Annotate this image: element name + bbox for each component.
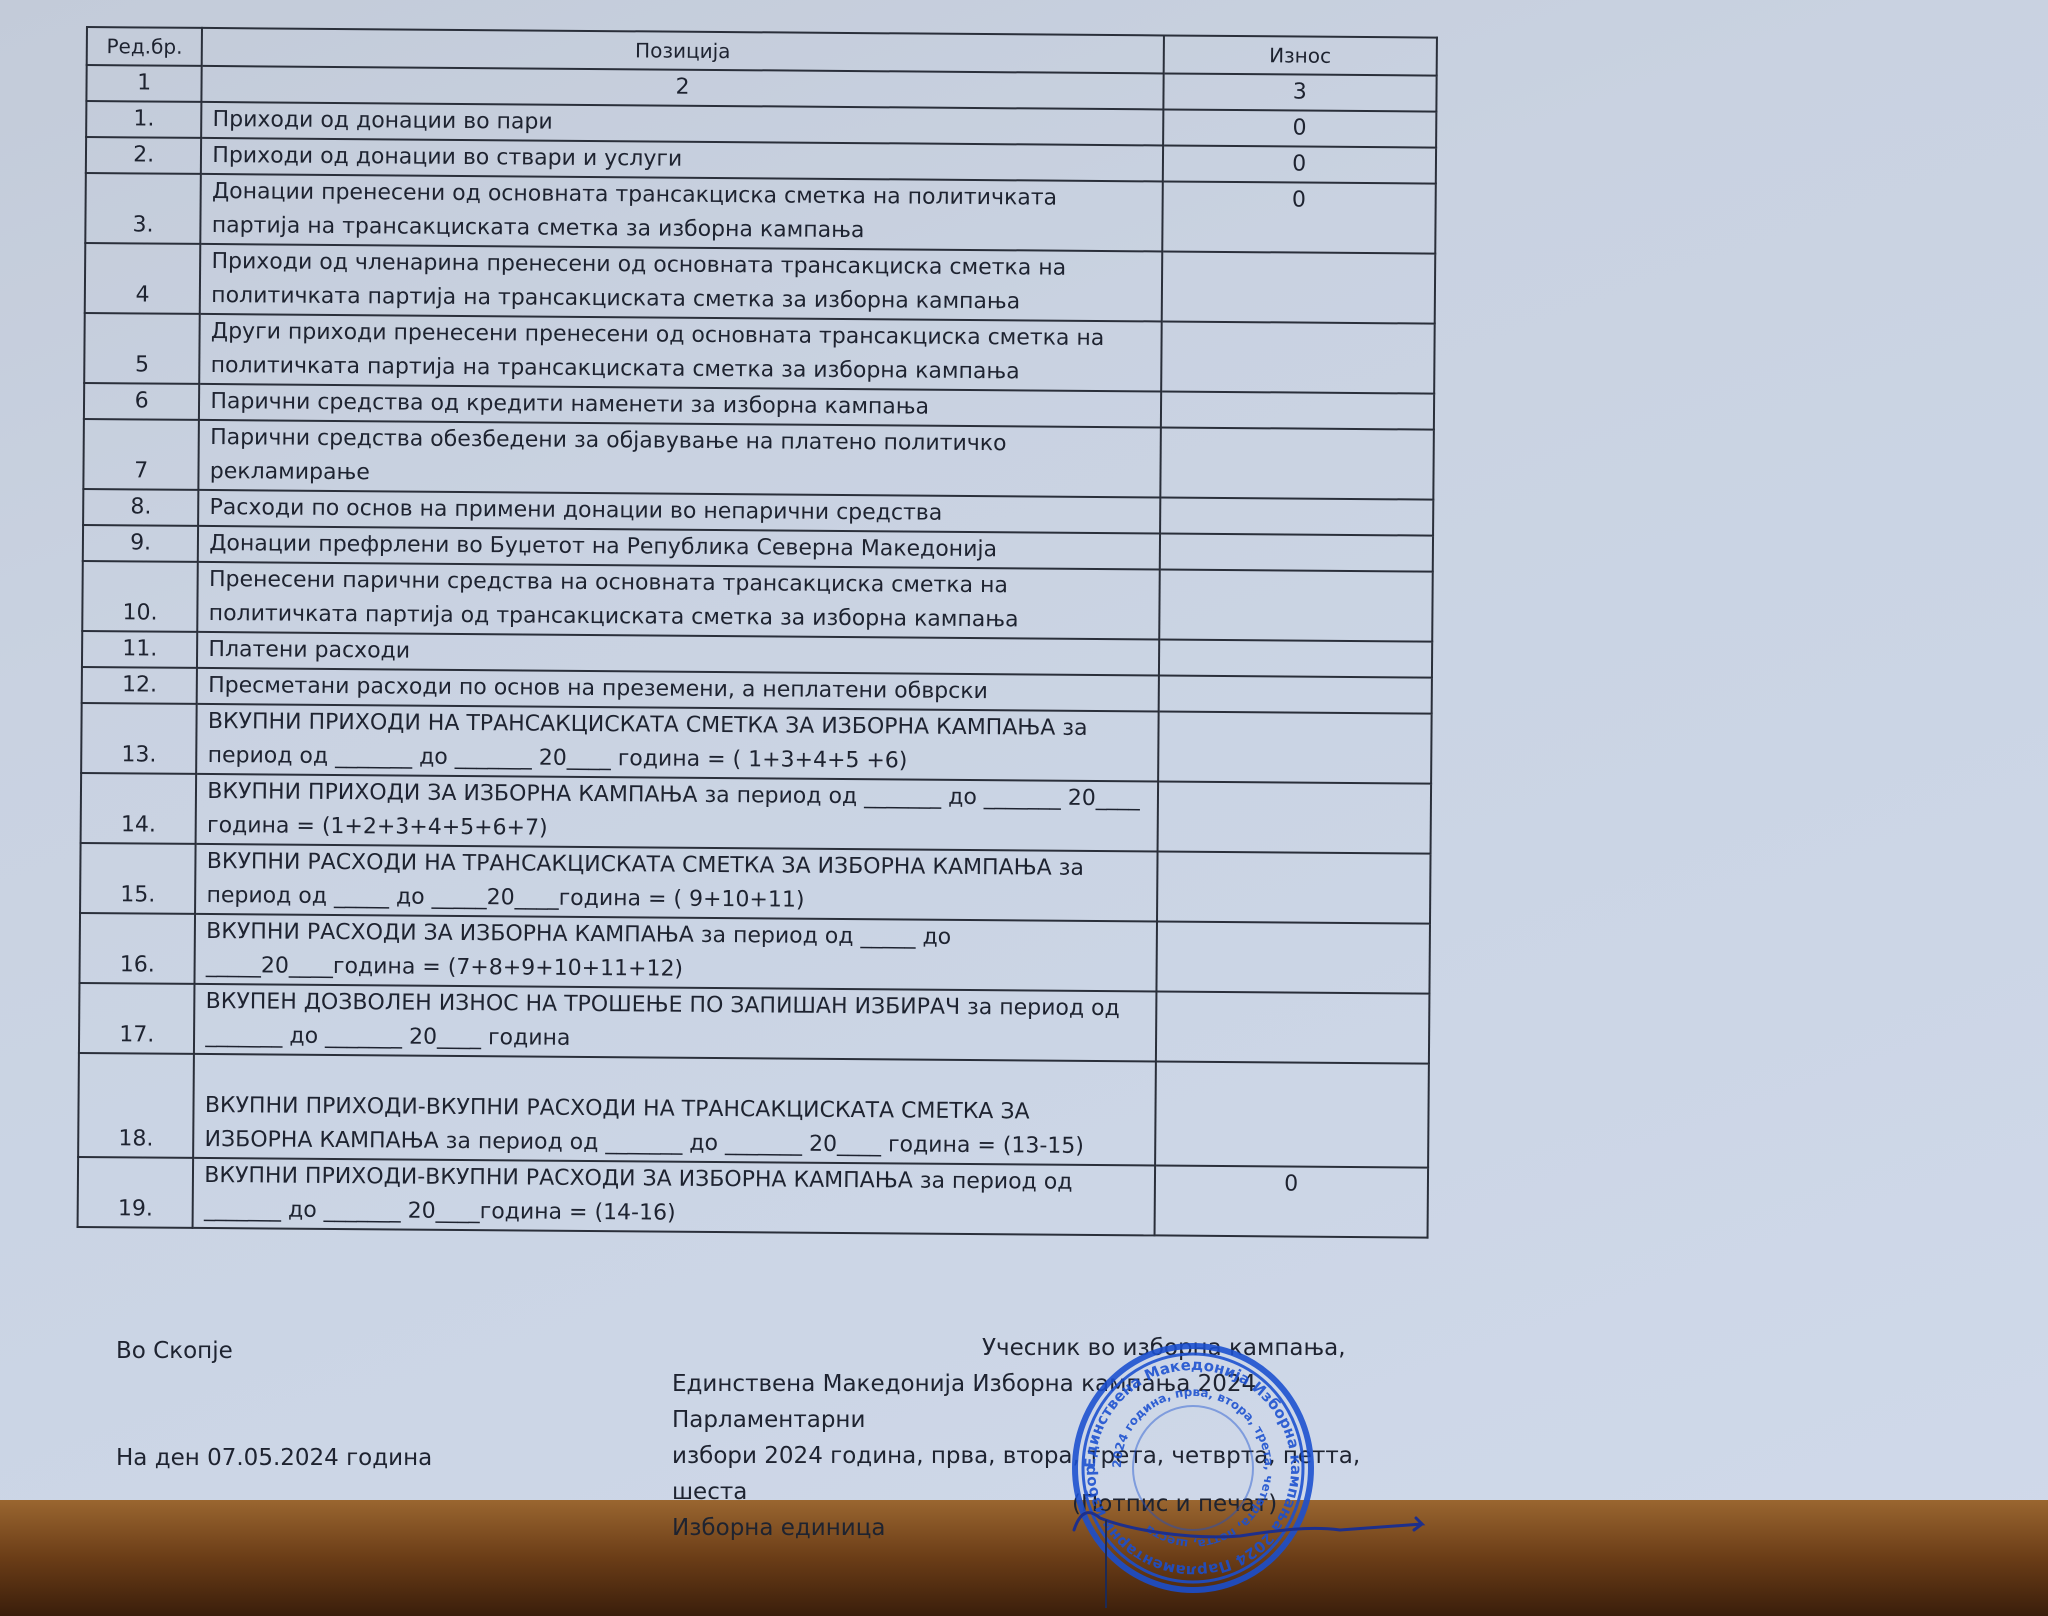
- row-position: ВКУПНИ ПРИХОДИ-ВКУПНИ РАСХОДИ ЗА ИЗБОРНА…: [193, 1158, 1155, 1236]
- table-row: 16.ВКУПНИ РАСХОДИ ЗА ИЗБОРНА КАМПАЊА за …: [79, 913, 1430, 994]
- row-amount: 0: [1163, 109, 1437, 147]
- row-position: ВКУПНИ РАСХОДИ НА ТРАНСАКЦИСКАТА СМЕТКА …: [195, 844, 1157, 922]
- row-amount: 0: [1162, 181, 1436, 253]
- row-amount: [1161, 321, 1435, 393]
- row-amount: [1155, 1061, 1429, 1167]
- row-number: 5: [84, 313, 200, 384]
- date-label: На ден 07.05.2024 година: [116, 1440, 432, 1476]
- row-number: 2.: [86, 137, 202, 174]
- row-amount: [1160, 391, 1434, 429]
- table-row: 5Други приходи пренесени пренесени од ос…: [84, 313, 1435, 394]
- row-number: 4: [85, 243, 201, 314]
- table-row: 13.ВКУПНИ ПРИХОДИ НА ТРАНСАКЦИСКАТА СМЕТ…: [81, 703, 1432, 784]
- signature-stroke-icon: [1070, 1500, 1430, 1610]
- index-no: 1: [86, 65, 202, 102]
- row-amount: [1155, 991, 1429, 1063]
- table-row: 19.ВКУПНИ ПРИХОДИ-ВКУПНИ РАСХОДИ ЗА ИЗБО…: [78, 1157, 1429, 1238]
- row-number: 15.: [80, 843, 196, 914]
- row-position: ВКУПНИ РАСХОДИ ЗА ИЗБОРНА КАМПАЊА за пер…: [195, 914, 1157, 992]
- row-amount: [1157, 851, 1431, 923]
- row-number: 13.: [81, 703, 197, 774]
- row-amount: 0: [1154, 1165, 1428, 1237]
- row-position: ВКУПНИ ПРИХОДИ ЗА ИЗБОРНА КАМПАЊА за пер…: [196, 774, 1158, 852]
- campaign-finance-table: Ред.бр. Позиција Износ 1 2 3 1.Приходи о…: [77, 26, 1438, 1239]
- row-amount: [1160, 427, 1434, 499]
- row-number: 1.: [86, 101, 202, 138]
- row-number: 8.: [83, 489, 199, 526]
- row-position: Парични средства обезбедени за објавувањ…: [199, 420, 1161, 498]
- row-position: ВКУПНИ ПРИХОДИ НА ТРАНСАКЦИСКАТА СМЕТКА …: [196, 704, 1158, 782]
- row-position: Приходи од членарина пренесени од основн…: [200, 244, 1162, 322]
- header-no: Ред.бр.: [87, 27, 203, 66]
- row-amount: [1159, 569, 1433, 641]
- row-number: 9.: [83, 525, 199, 562]
- table-row: 18.ВКУПНИ ПРИХОДИ-ВКУПНИ РАСХОДИ НА ТРАН…: [78, 1053, 1429, 1168]
- row-amount: [1158, 639, 1432, 677]
- row-position: ВКУПНИ ПРИХОДИ-ВКУПНИ РАСХОДИ НА ТРАНСАК…: [193, 1054, 1155, 1166]
- row-amount: 0: [1162, 145, 1436, 183]
- row-amount: [1159, 533, 1433, 571]
- table-row: 14.ВКУПНИ ПРИХОДИ ЗА ИЗБОРНА КАМПАЊА за …: [81, 773, 1432, 854]
- row-position: Други приходи пренесени пренесени од осн…: [200, 314, 1162, 392]
- header-amount: Износ: [1163, 35, 1437, 75]
- row-number: 3.: [85, 173, 201, 244]
- row-position: Пренесени парични средства на основната …: [198, 562, 1160, 640]
- row-position: Донации пренесени од основната трансакци…: [201, 174, 1163, 252]
- row-position: ВКУПЕН ДОЗВОЛЕН ИЗНОС НА ТРОШЕЊЕ ПО ЗАПИ…: [194, 984, 1156, 1062]
- table-row: 10.Пренесени парични средства на основна…: [82, 561, 1433, 642]
- row-amount: [1160, 497, 1434, 535]
- row-amount: [1156, 921, 1430, 993]
- table-row: 15.ВКУПНИ РАСХОДИ НА ТРАНСАКЦИСКАТА СМЕТ…: [80, 843, 1431, 924]
- place-label: Во Скопје: [116, 1333, 233, 1369]
- row-number: 10.: [82, 561, 198, 632]
- row-number: 6: [84, 383, 200, 420]
- row-number: 7: [83, 419, 199, 490]
- row-number: 16.: [79, 913, 195, 984]
- row-number: 19.: [78, 1157, 194, 1228]
- table-row: 17.ВКУПЕН ДОЗВОЛЕН ИЗНОС НА ТРОШЕЊЕ ПО З…: [79, 983, 1430, 1064]
- row-number: 12.: [82, 667, 198, 704]
- row-number: 17.: [79, 983, 195, 1054]
- index-amount: 3: [1163, 73, 1437, 111]
- row-amount: [1161, 251, 1435, 323]
- participant-name-line: Единствена Македонија Изборна кампања 20…: [672, 1366, 1432, 1438]
- row-number: 11.: [82, 631, 198, 668]
- participant-title: Учесник во изборна кампања,: [672, 1330, 1432, 1366]
- row-number: 14.: [81, 773, 197, 844]
- row-number: 18.: [78, 1053, 194, 1158]
- table-row: 7Парични средства обезбедени за објавува…: [83, 419, 1434, 500]
- row-amount: [1157, 781, 1431, 853]
- row-amount: [1158, 675, 1432, 713]
- table-row: 3.Донации пренесени од основната трансак…: [85, 173, 1436, 254]
- table-row: 4Приходи од членарина пренесени од основ…: [85, 243, 1436, 324]
- row-amount: [1158, 711, 1432, 783]
